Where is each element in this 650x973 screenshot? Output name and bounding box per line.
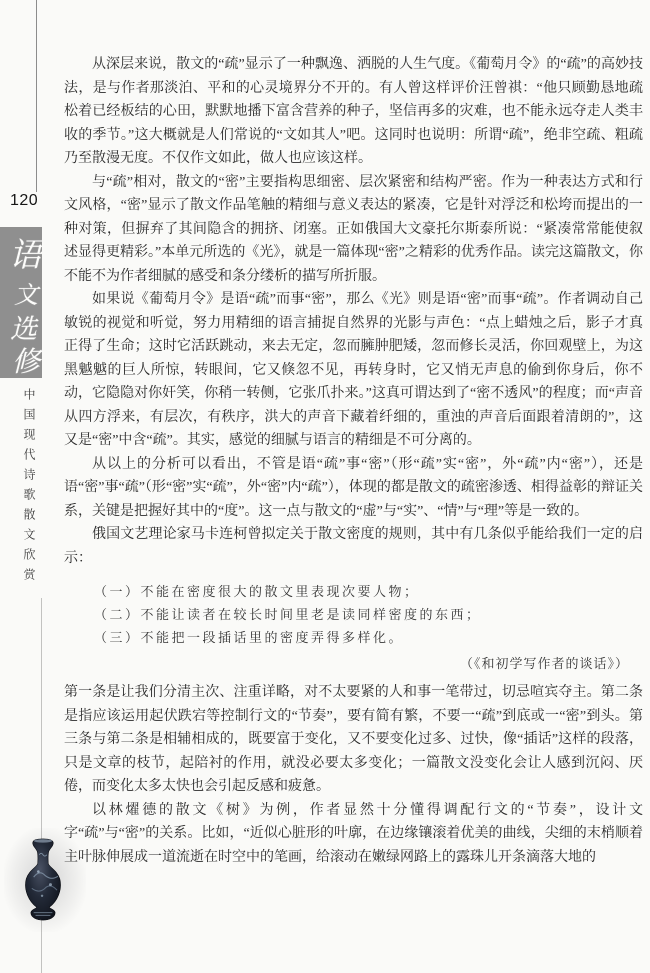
book-page: 120 语 文 选 修 中国现代诗歌散文欣赏 从深层来说，散文的“疏”显示了一种… <box>0 0 650 973</box>
paragraph-1: 从深层来说，散文的“疏”显示了一种飘逸、洒脱的人生气度。《葡萄月令》的“疏”的高… <box>64 53 643 171</box>
vase-icon <box>15 836 71 922</box>
series-title-char: 修 <box>12 340 40 378</box>
page-content: 从深层来说，散文的“疏”显示了一种飘逸、洒脱的人生气度。《葡萄月令》的“疏”的高… <box>64 53 643 869</box>
series-title-char: 语 <box>9 229 42 276</box>
paragraph-3: 如果说《葡萄月令》是语“疏”而事“密”，那么《光》则是语“密”而事“疏”。作者调… <box>64 288 643 453</box>
quote-block: （一）不能在密度很大的散文里表现次要人物； （二）不能让读者在较长时间里老是读同… <box>64 580 643 675</box>
page-number: 120 <box>10 192 40 210</box>
book-subtitle-vertical: 中国现代诗歌散文欣赏 <box>21 388 38 598</box>
quote-item-3: （三）不能把一段插话里的密度弄得多样化。 <box>94 626 643 649</box>
series-title-char: 文 <box>14 275 38 310</box>
paragraph-6: 第一条是让我们分清主次、注重详略，对不太要紧的人和事一笔带过，切忌喧宾夺主。第二… <box>64 681 643 799</box>
paragraph-5: 俄国文艺理论家马卡连柯曾拟定关于散文密度的规则，其中有几条似乎能给我们一定的启示… <box>64 523 643 570</box>
quote-item-1: （一）不能在密度很大的散文里表现次要人物； <box>94 580 643 603</box>
paragraph-4: 从以上的分析可以看出，不管是语“疏”事“密”（形“疏”实“密”，外“疏”内“密”… <box>64 453 643 524</box>
paragraph-2: 与“疏”相对，散文的“密”主要指构思细密、层次紧密和结构严密。作为一种表达方式和… <box>64 171 643 289</box>
quote-item-2: （二）不能让读者在较长时间里老是读同样密度的东西； <box>94 603 643 626</box>
quote-attribution: （《和初学写作者的谈话》） <box>64 653 629 675</box>
series-title-block: 语 文 选 修 <box>0 227 42 378</box>
margin-rule-top <box>36 0 37 192</box>
paragraph-7: 以林燿德的散文《树》为例，作者显然十分懂得调配行文的“节奏”，设计文字“疏”与“… <box>64 799 643 870</box>
